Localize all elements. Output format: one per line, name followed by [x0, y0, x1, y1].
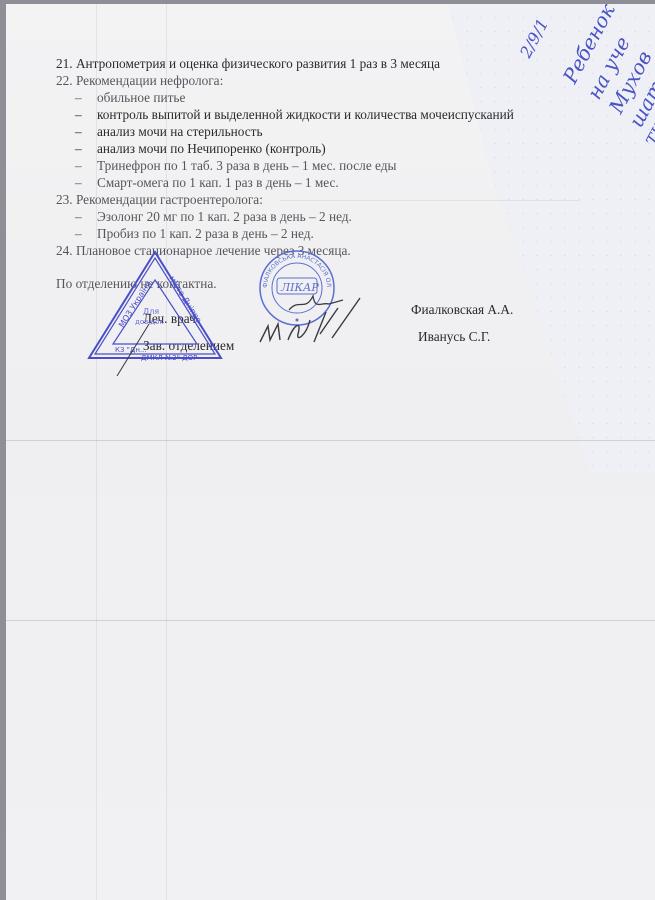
dash-bullet: –	[75, 107, 97, 123]
dash-bullet: –	[75, 175, 97, 191]
sub-item-text: контроль выпитой и выделенной жидкости и…	[97, 107, 514, 122]
item-text: Антропометрия и оценка физического разви…	[76, 56, 440, 71]
sub-item-text: анализ мочи по Нечипоренко (контроль)	[97, 141, 326, 156]
dash-bullet: –	[75, 209, 97, 225]
dash-bullet: –	[75, 90, 97, 106]
head-name: Иванусь С.Г.	[418, 329, 490, 345]
paper-fold	[6, 440, 655, 441]
sub-item: –анализ мочи на стерильность	[75, 124, 263, 140]
head-signature-icon	[254, 290, 364, 350]
item-number: 21.	[56, 56, 73, 71]
dash-bullet: –	[75, 141, 97, 157]
svg-text:місто Дніпро: місто Дніпро	[167, 274, 203, 324]
dash-bullet: –	[75, 124, 97, 140]
paper-fold	[6, 620, 655, 621]
sub-item: –обильное питье	[75, 90, 185, 106]
signature-stroke-icon	[113, 320, 153, 380]
sub-item: –Смарт-омега по 1 кап. 1 раз в день – 1 …	[75, 175, 339, 191]
triangle-stamp-icon: МОЗ України місто Дніпро Для довідок КЗ …	[85, 248, 225, 363]
sub-item: –Тринефрон по 1 таб. 3 раза в день – 1 м…	[75, 158, 396, 174]
sub-item-text: обильное питье	[97, 90, 185, 105]
list-item: 21. Антропометрия и оценка физического р…	[56, 56, 440, 72]
list-item: 23. Рекомендации гастроентеролога:	[56, 192, 263, 208]
item-text: Рекомендации нефролога:	[76, 73, 223, 88]
sub-item: –Эзолонг 20 мг по 1 кап. 2 раза в день –…	[75, 209, 352, 225]
item-number: 24.	[56, 243, 73, 258]
sub-item-text: анализ мочи на стерильность	[97, 124, 263, 139]
sub-item-text: Тринефрон по 1 таб. 3 раза в день – 1 ме…	[97, 158, 396, 173]
item-text: Рекомендации гастроентеролога:	[76, 192, 263, 207]
sub-item-text: Смарт-омега по 1 кап. 1 раз в день – 1 м…	[97, 175, 339, 190]
item-number: 23.	[56, 192, 73, 207]
sub-item: –контроль выпитой и выделенной жидкости …	[75, 107, 514, 123]
sub-item: –анализ мочи по Нечипоренко (контроль)	[75, 141, 326, 157]
doctor-name: Фиалковская А.А.	[411, 302, 513, 318]
sub-item-text: Пробиз по 1 кап. 2 раза в день – 2 нед.	[97, 226, 314, 241]
dash-bullet: –	[75, 158, 97, 174]
svg-text:Для: Для	[143, 307, 159, 316]
sub-item-text: Эзолонг 20 мг по 1 кап. 2 раза в день – …	[97, 209, 352, 224]
item-number: 22.	[56, 73, 73, 88]
dash-bullet: –	[75, 226, 97, 242]
list-item: 22. Рекомендации нефролога:	[56, 73, 223, 89]
sub-item: –Пробиз по 1 кап. 2 раза в день – 2 нед.	[75, 226, 314, 242]
